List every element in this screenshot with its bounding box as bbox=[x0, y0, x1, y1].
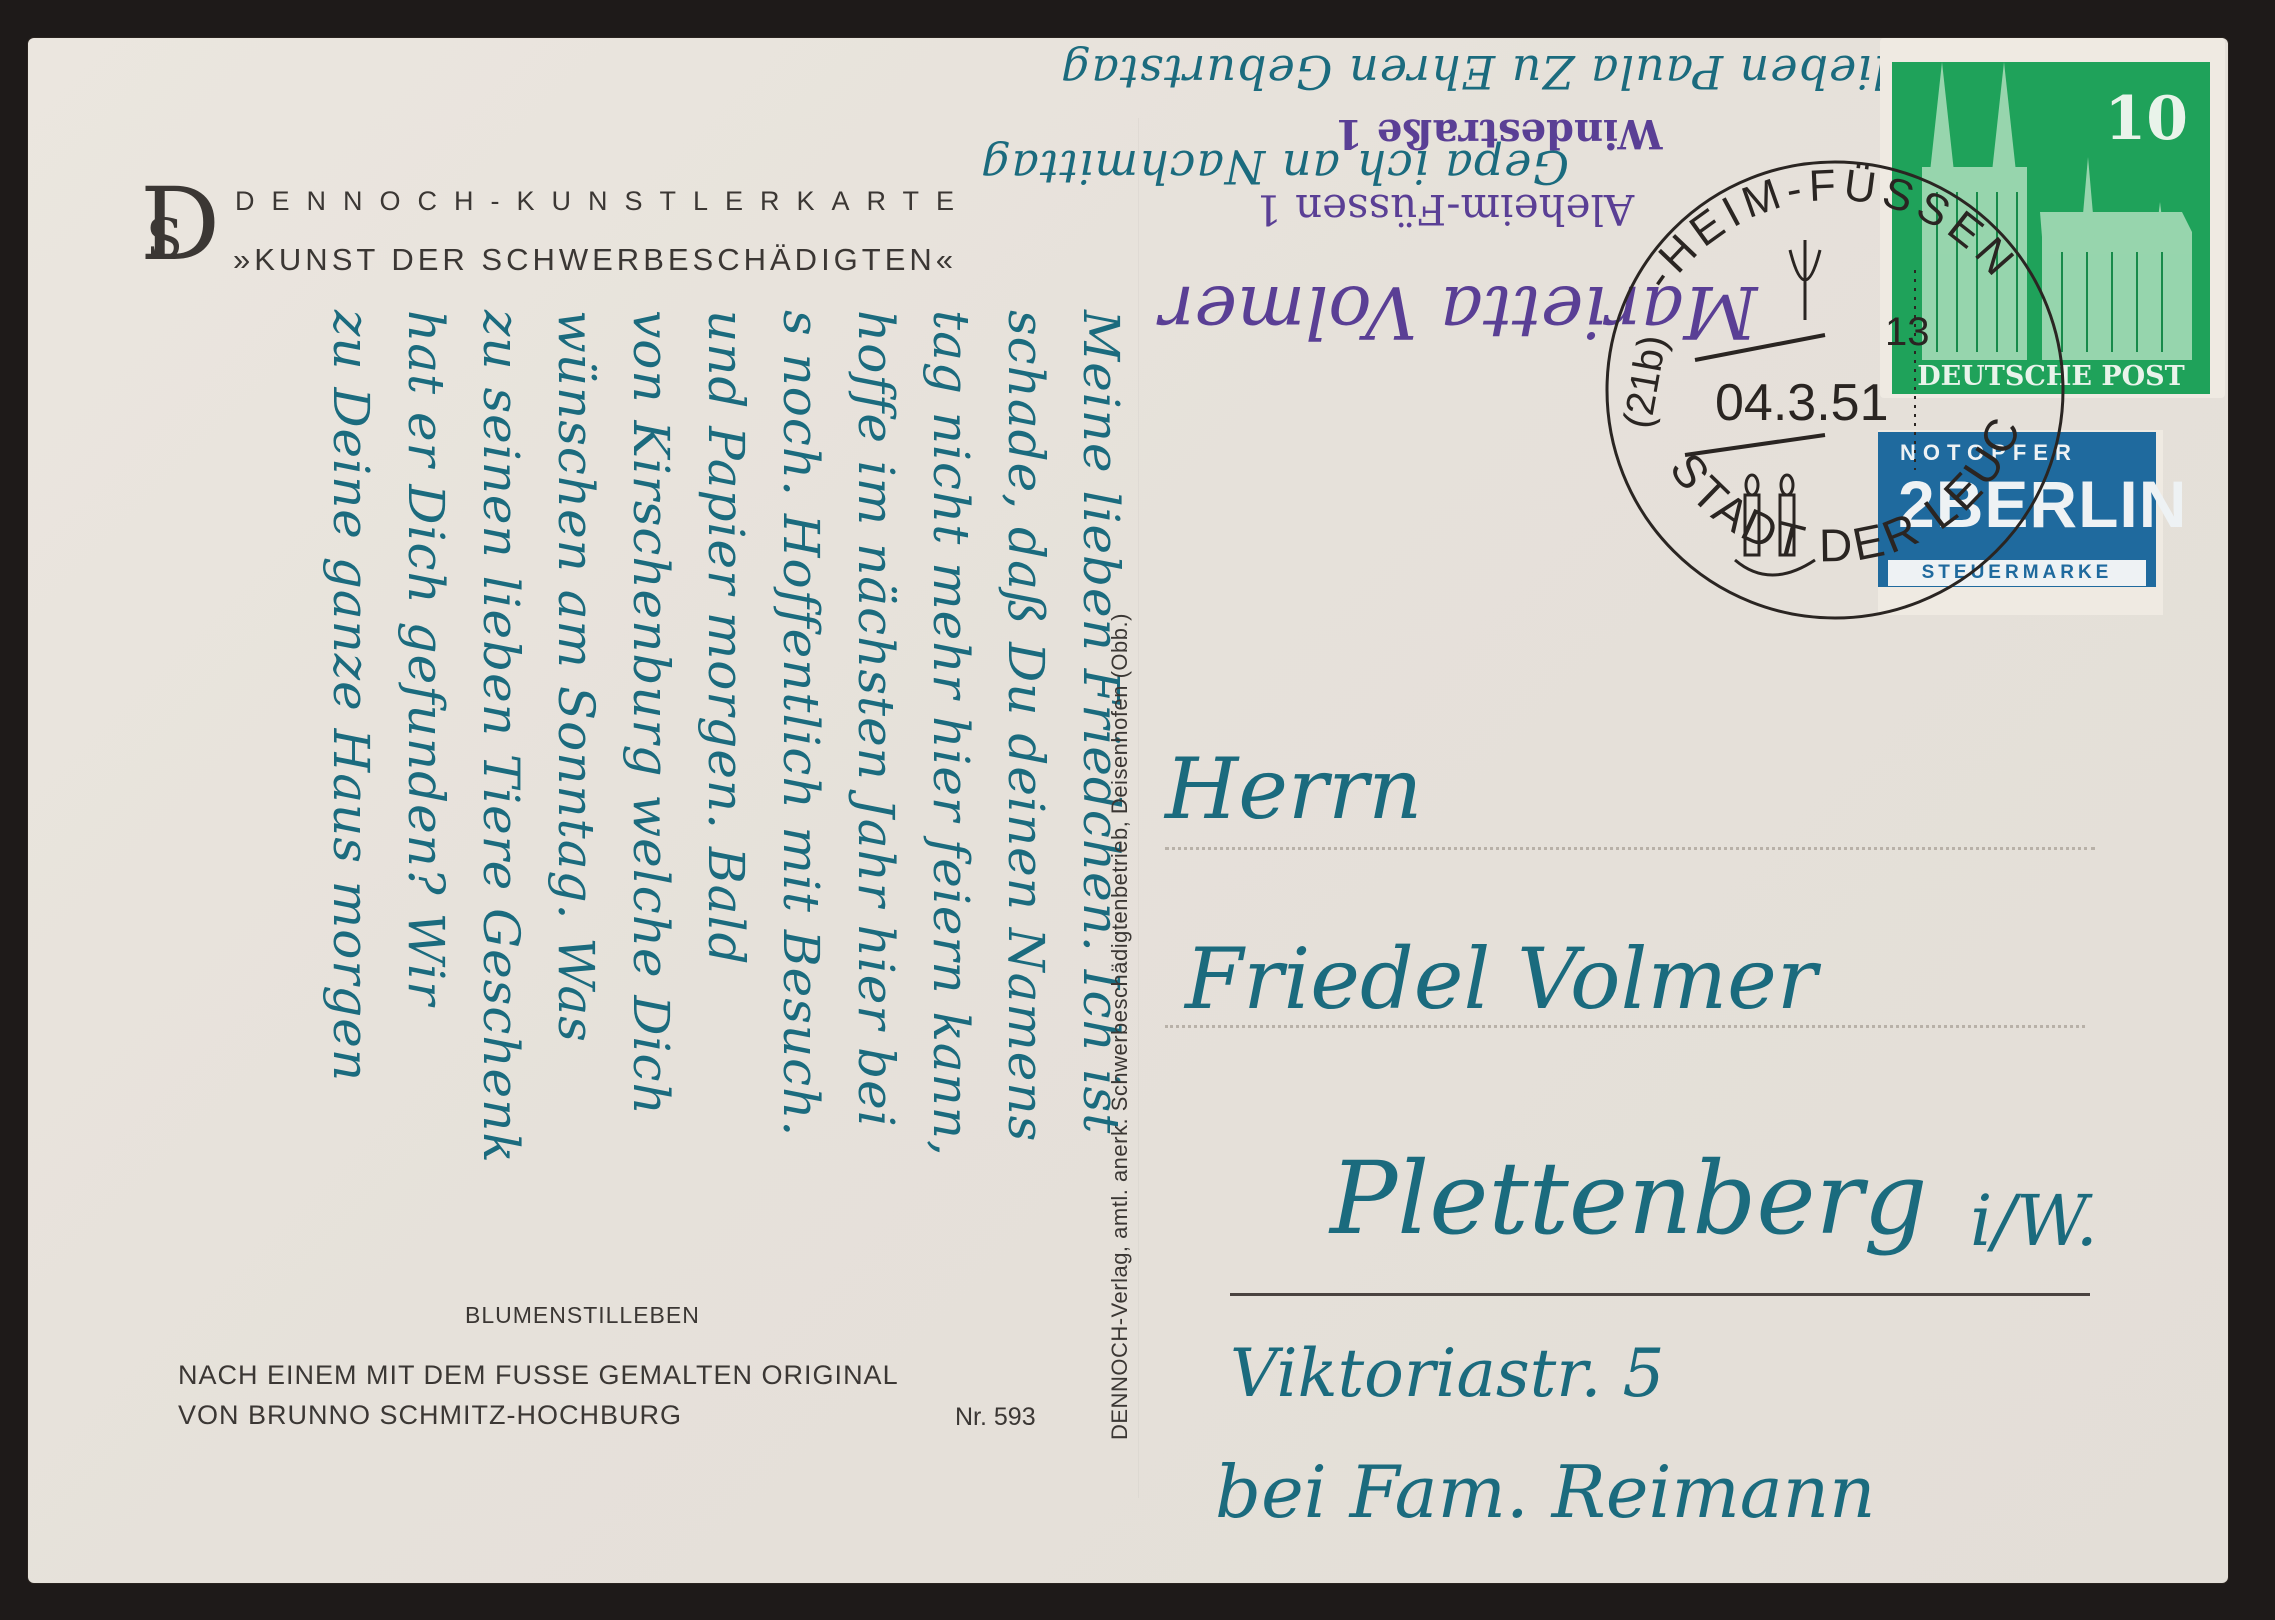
handwritten-line: wünschen am Sonntag. Was bbox=[547, 310, 605, 1043]
handwritten-line: zu Deine ganze Haus morgen bbox=[322, 310, 380, 1082]
artwork-caption-line-1: NACH EINEM MIT DEM FUSSE GEMALTEN ORIGIN… bbox=[178, 1360, 899, 1391]
handwritten-line: schade, daß Du deinen Namens bbox=[997, 310, 1055, 1142]
handwritten-line: und Papier morgen. Bald bbox=[697, 310, 755, 965]
handwritten-line: s noch. Hoffentlich mit Besuch. bbox=[772, 310, 830, 1137]
handwritten-line: tag nicht mehr hier feiern kann, bbox=[922, 310, 980, 1157]
handwritten-line: hoffe im nächsten Jahr hier bei bbox=[847, 310, 905, 1128]
artwork-caption-line-2: VON BRUNNO SCHMITZ-HOCHBURG bbox=[178, 1400, 682, 1431]
address-care-of: bei Fam. Reimann bbox=[1215, 1450, 1875, 1534]
handwritten-line: von Kirschenburg welche Dich bbox=[622, 310, 680, 1116]
handwritten-line: hat er Dich gefunden? Wir bbox=[397, 310, 455, 1006]
sender-city: Aleheim-Füssen 1 bbox=[1255, 185, 1634, 234]
series-title: DENNOCH-KUNSTLERKARTE bbox=[235, 186, 971, 217]
address-line-1 bbox=[1165, 847, 2095, 850]
artwork-title: BLUMENSTILLEBEN bbox=[465, 1302, 700, 1329]
tax-stamp-top-text: NOTOPFER bbox=[1900, 440, 2078, 466]
stamp-value: 10 bbox=[2105, 84, 2189, 154]
address-divider bbox=[1138, 118, 1139, 1498]
sender-street: Windestraße 1 bbox=[1335, 110, 1663, 157]
address-name: Friedel Volmer bbox=[1185, 930, 1817, 1028]
address-line-2 bbox=[1165, 1025, 2085, 1028]
handwritten-line: zu seinen lieben Tiere Geschenk bbox=[472, 310, 530, 1164]
address-city-suffix: i/W. bbox=[1970, 1180, 2098, 1262]
tax-stamp-bottom-text: STEUERMARKE bbox=[1888, 560, 2146, 586]
tax-stamp: NOTOPFER 2BERLIN STEUERMARKE bbox=[1878, 430, 2163, 615]
address-underline bbox=[1230, 1293, 2090, 1296]
publisher-logo: D S bbox=[140, 175, 220, 280]
stamp-issuer: DEUTSCHE POST bbox=[1892, 360, 2210, 394]
cathedral-icon: 10 bbox=[1892, 62, 2210, 362]
tax-stamp-main-text: 2BERLIN bbox=[1898, 466, 2187, 542]
postage-stamp: 10 DEUTSCHE POST bbox=[1880, 38, 2225, 398]
address-street: Viktoriastr. 5 bbox=[1230, 1335, 1665, 1412]
tax-stamp-city: BERLIN bbox=[1936, 467, 2188, 541]
logo-mark: S bbox=[146, 189, 183, 289]
artwork-number: Nr. 593 bbox=[955, 1403, 1036, 1432]
sender-name: Marietta Volmer bbox=[1160, 270, 1757, 354]
address-salutation: Herrn bbox=[1165, 740, 1422, 838]
series-subtitle: »KUNST DER SCHWERBESCHÄDIGTEN« bbox=[233, 242, 957, 278]
tax-stamp-value: 2 bbox=[1898, 467, 1936, 541]
publisher-imprint: DENNOCH-Verlag, amtl. anerk. Schwerbesch… bbox=[1107, 613, 1133, 1440]
address-city: Plettenberg bbox=[1330, 1140, 1927, 1257]
handwritten-margin-line: zu lieben Paula Zu Ehren Geburtstag bbox=[1060, 45, 1959, 99]
